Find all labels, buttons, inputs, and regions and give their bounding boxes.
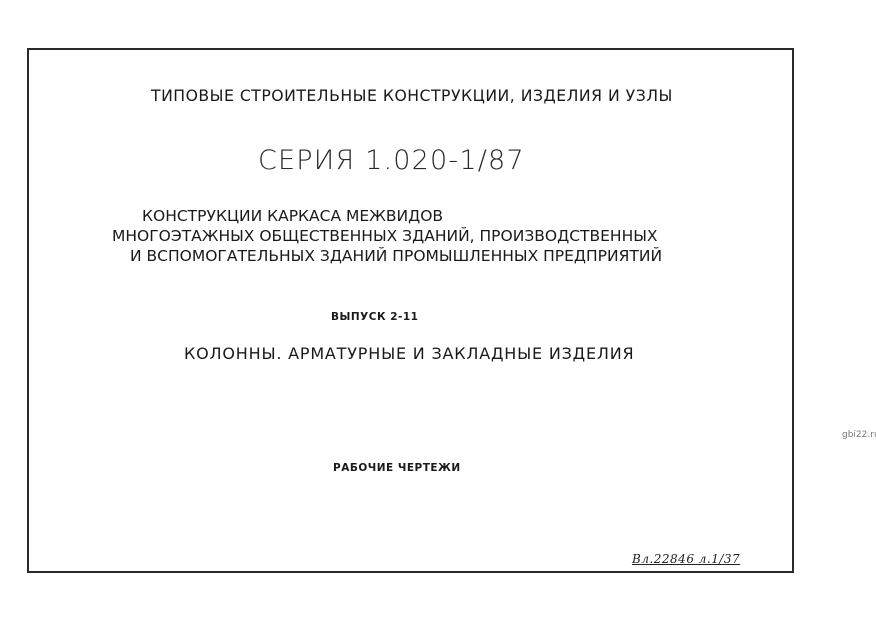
issue-number: ВЫПУСК 2-11 <box>331 311 419 323</box>
title-line: КОНСТРУКЦИИ КАРКАСА МЕЖВИДОВ <box>142 205 443 227</box>
document-type: РАБОЧИЕ ЧЕРТЕЖИ <box>333 462 461 474</box>
title-line: И ВСПОМОГАТЕЛЬНЫХ ЗДАНИЙ ПРОМЫШЛЕННЫХ ПР… <box>130 245 662 267</box>
series-number: СЕРИЯ 1.020-1/87 <box>258 145 525 176</box>
inventory-stamp: Вл.22846 л.1/37 <box>632 552 740 566</box>
title-line: МНОГОЭТАЖНЫХ ОБЩЕСТВЕННЫХ ЗДАНИЙ, ПРОИЗВ… <box>112 225 658 247</box>
watermark: gbi22.ru <box>842 430 876 440</box>
subject-text: КОЛОННЫ. АРМАТУРНЫЕ И ЗАКЛАДНЫЕ ИЗДЕЛИЯ <box>184 344 634 363</box>
header-text: ТИПОВЫЕ СТРОИТЕЛЬНЫЕ КОНСТРУКЦИИ, ИЗДЕЛИ… <box>151 86 673 105</box>
